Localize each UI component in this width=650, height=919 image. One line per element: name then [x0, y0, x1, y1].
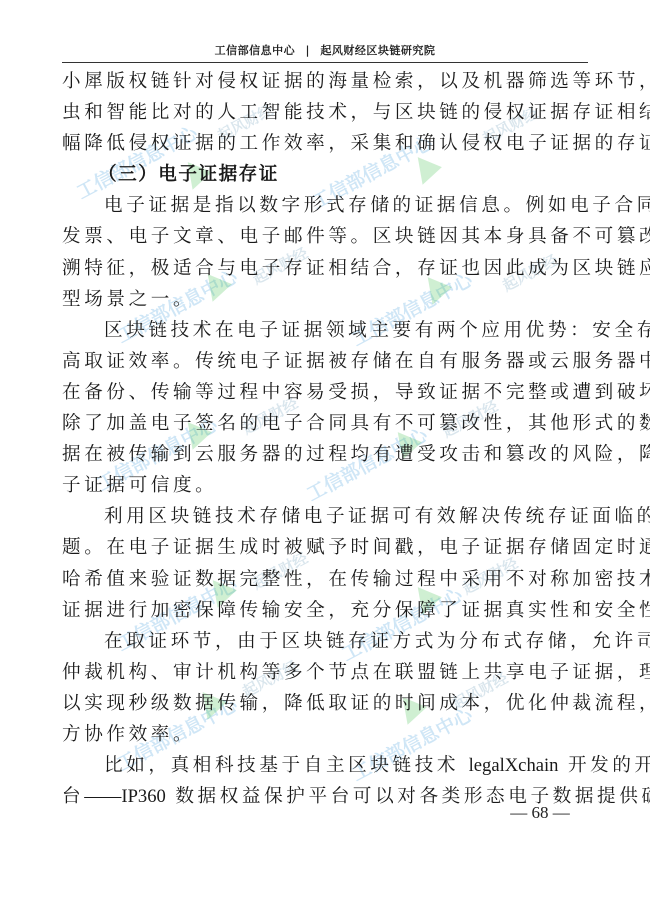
text-line: 子证据可信度。 [62, 470, 588, 501]
text-line: 利用区块链技术存储电子证据可有效解决传统存证面临的安全问 [62, 501, 588, 532]
page-number: — 68 — [500, 803, 580, 823]
text-line: 型场景之一。 [62, 284, 588, 315]
text-line: 题。在电子证据生成时被赋予时间戳，电子证据存储固定时通过比对 [62, 532, 588, 563]
text-line: 高取证效率。传统电子证据被存储在自有服务器或云服务器中，文件 [62, 346, 588, 377]
platform-name: ——IP360 [84, 786, 166, 807]
section-heading: （三）电子证据存证 [62, 159, 588, 190]
document-body: 小犀版权链针对侵权证据的海量检索，以及机器筛选等环节，应用爬 虫和智能比对的人工… [62, 66, 588, 812]
text-line: 电子证据是指以数字形式存储的证据信息。例如电子合同、电子 [62, 190, 588, 221]
product-name: legalXchain [469, 755, 559, 776]
header-left-org: 工信部信息中心 [215, 44, 296, 57]
text-line: 在备份、传输等过程中容易受损，导致证据不完整或遭到破坏。此外， [62, 377, 588, 408]
header-separator: | [305, 44, 310, 57]
text-line: 发票、电子文章、电子邮件等。区块链因其本身具备不可篡改、可追 [62, 221, 588, 252]
text-line: 以实现秒级数据传输，降低取证的时间成本，优化仲裁流程，提高多 [62, 688, 588, 719]
text-fragment: 开发的开放式平 [558, 755, 650, 776]
text-line: 比如，真相科技基于自主区块链技术 legalXchain 开发的开放式平 [62, 750, 588, 781]
text-line: 小犀版权链针对侵权证据的海量检索，以及机器筛选等环节，应用爬 [62, 66, 588, 97]
text-line: 哈希值来验证数据完整性，在传输过程中采用不对称加密技术对电子 [62, 564, 588, 595]
text-fragment: 比如，真相科技基于自主区块链技术 [104, 755, 469, 776]
text-line: 在取证环节，由于区块链存证方式为分布式存储，允许司法机构、 [62, 626, 588, 657]
text-line: 幅降低侵权证据的工作效率，采集和确认侵权电子证据的存证成本。 [62, 128, 588, 159]
running-header: 工信部信息中心 | 起风财经区块链研究院 [62, 42, 588, 62]
text-line: 证据进行加密保障传输安全，充分保障了证据真实性和安全性。 [62, 595, 588, 626]
text-fragment: 台 [62, 786, 84, 807]
text-line: 溯特征，极适合与电子存证相结合，存证也因此成为区块链应用的典 [62, 253, 588, 284]
text-line: 方协作效率。 [62, 719, 588, 750]
header-rule [62, 62, 588, 63]
text-line: 仲裁机构、审计机构等多个节点在联盟链上共享电子证据，理论上可 [62, 657, 588, 688]
text-line: 除了加盖电子签名的电子合同具有不可篡改性，其他形式的数据和证 [62, 408, 588, 439]
text-line: 区块链技术在电子证据领域主要有两个应用优势：安全存证和提 [62, 315, 588, 346]
text-line: 虫和智能比对的人工智能技术，与区块链的侵权证据存证相结合，大 [62, 97, 588, 128]
text-line: 据在被传输到云服务器的过程均有遭受攻击和篡改的风险，降低了电 [62, 439, 588, 470]
header-right-org: 起风财经区块链研究院 [320, 44, 435, 57]
